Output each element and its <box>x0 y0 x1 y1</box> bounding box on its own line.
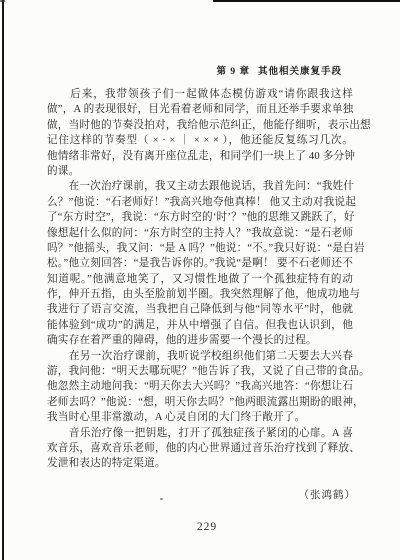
scan-edge-top <box>213 0 400 2</box>
text-line: 能体验到“成功”的满足，并从中增强了自信。但我也认识到，他 <box>47 318 353 333</box>
text-line: 他情绪非常好，没有离开座位乱走，和同学们一块上了 40 多分钟 <box>47 149 353 164</box>
text-line: 欢音乐，喜欢音乐老师，他的内心世界通过音乐治疗找到了释放、 <box>47 441 353 456</box>
text-line: 我进行了语言交流，当我把自己降低到与他“同等水平”时，他就 <box>47 302 353 317</box>
scan-speck-corner <box>0 0 5 2</box>
chapter-number: 第 9 章 <box>216 67 250 77</box>
chapter-title: 其他相关康复手段 <box>258 67 342 77</box>
text-line: 像想起什么似的问：“东方时空的主持人？”我故意说：“是石老师 <box>47 226 353 241</box>
text-line: 后来，我带领孩子们一起做体态模仿游戏“请你跟我这样 <box>47 87 353 102</box>
page-number: 229 <box>7 521 400 533</box>
text-line: 我当时心里非常激动，A 心灵自闭的大门终于敞开了。 <box>47 410 353 425</box>
author-signature: （张鸿鹤） <box>299 487 357 502</box>
scan-speck <box>160 498 163 500</box>
text-line: 的课。 <box>47 164 353 179</box>
text-line: 知道呢。”他满意地笑了，又习惯性地做了一个孤独症特有的动 <box>47 272 353 287</box>
text-line: 吗？”他摇头，我又问：“是 A 吗？”他说：“不。”我只好说：“是白岩 <box>47 241 353 256</box>
text-line: 做，当时他的节奏没拍对，我给他示范纠正，他能仔细听，表示出想 <box>47 118 353 133</box>
text-line: 了“东方时空”，我说：“东方时空的‘时’？”他的思维又跳跃了，好 <box>47 210 353 225</box>
text-line: 在一次治疗课前，我又主动去跟他说话，我首先问：“我姓什 <box>47 179 353 194</box>
text-line: 作，伸开五指，由头至脸前划半圈。我突然理解了他，他成功地与 <box>47 287 353 302</box>
text-line: 松。”他立刻回答：“是我告诉你的。”我说“是啊！ 要不石老师还不 <box>47 256 353 271</box>
text-line: 确实存在着严重的障碍，他的进步需要一个漫长的过程。 <box>47 333 353 348</box>
text-line: 老师去吗？”他说：“想，明天你去吗？”他两眼流露出期盼的眼神， <box>47 395 353 410</box>
text-line: 做”，A 的表现很好，目光看着老师和同学，而且还举手要求单独 <box>47 102 353 117</box>
body-text: 后来，我带领孩子们一起做体态模仿游戏“请你跟我这样做”，A 的表现很好，目光看着… <box>47 87 353 472</box>
text-line: 记住这样的节奏型（ × · × ｜ × × × ），他还能反复练习几次。 <box>47 133 353 148</box>
text-line: 在另一次治疗课前，我听说学校组织他们第二天要去大兴春 <box>47 349 353 364</box>
text-line: 他忽然主动地问我：“明天你去大兴吗？”我高兴地答：“你想让石 <box>47 379 353 394</box>
text-line: 发泄和表达的特定渠道。 <box>47 456 353 471</box>
scan-edge-left <box>2 0 4 560</box>
text-line: 游，我问他：“明天去哪玩呢？”他告诉了我，又说了自己带的食品。 <box>47 364 353 379</box>
running-header: 第 9 章其他相关康复手段 <box>216 63 342 77</box>
text-line: 音乐治疗像一把钥匙，打开了孤独症孩子紧闭的心扉。A 喜 <box>47 426 353 441</box>
book-page: 第 9 章其他相关康复手段 后来，我带领孩子们一起做体态模仿游戏“请你跟我这样做… <box>0 0 400 560</box>
text-line: 么？”他说：“石老师好！”我高兴地夸他真棒！ 他又主动对我说起 <box>47 195 353 210</box>
